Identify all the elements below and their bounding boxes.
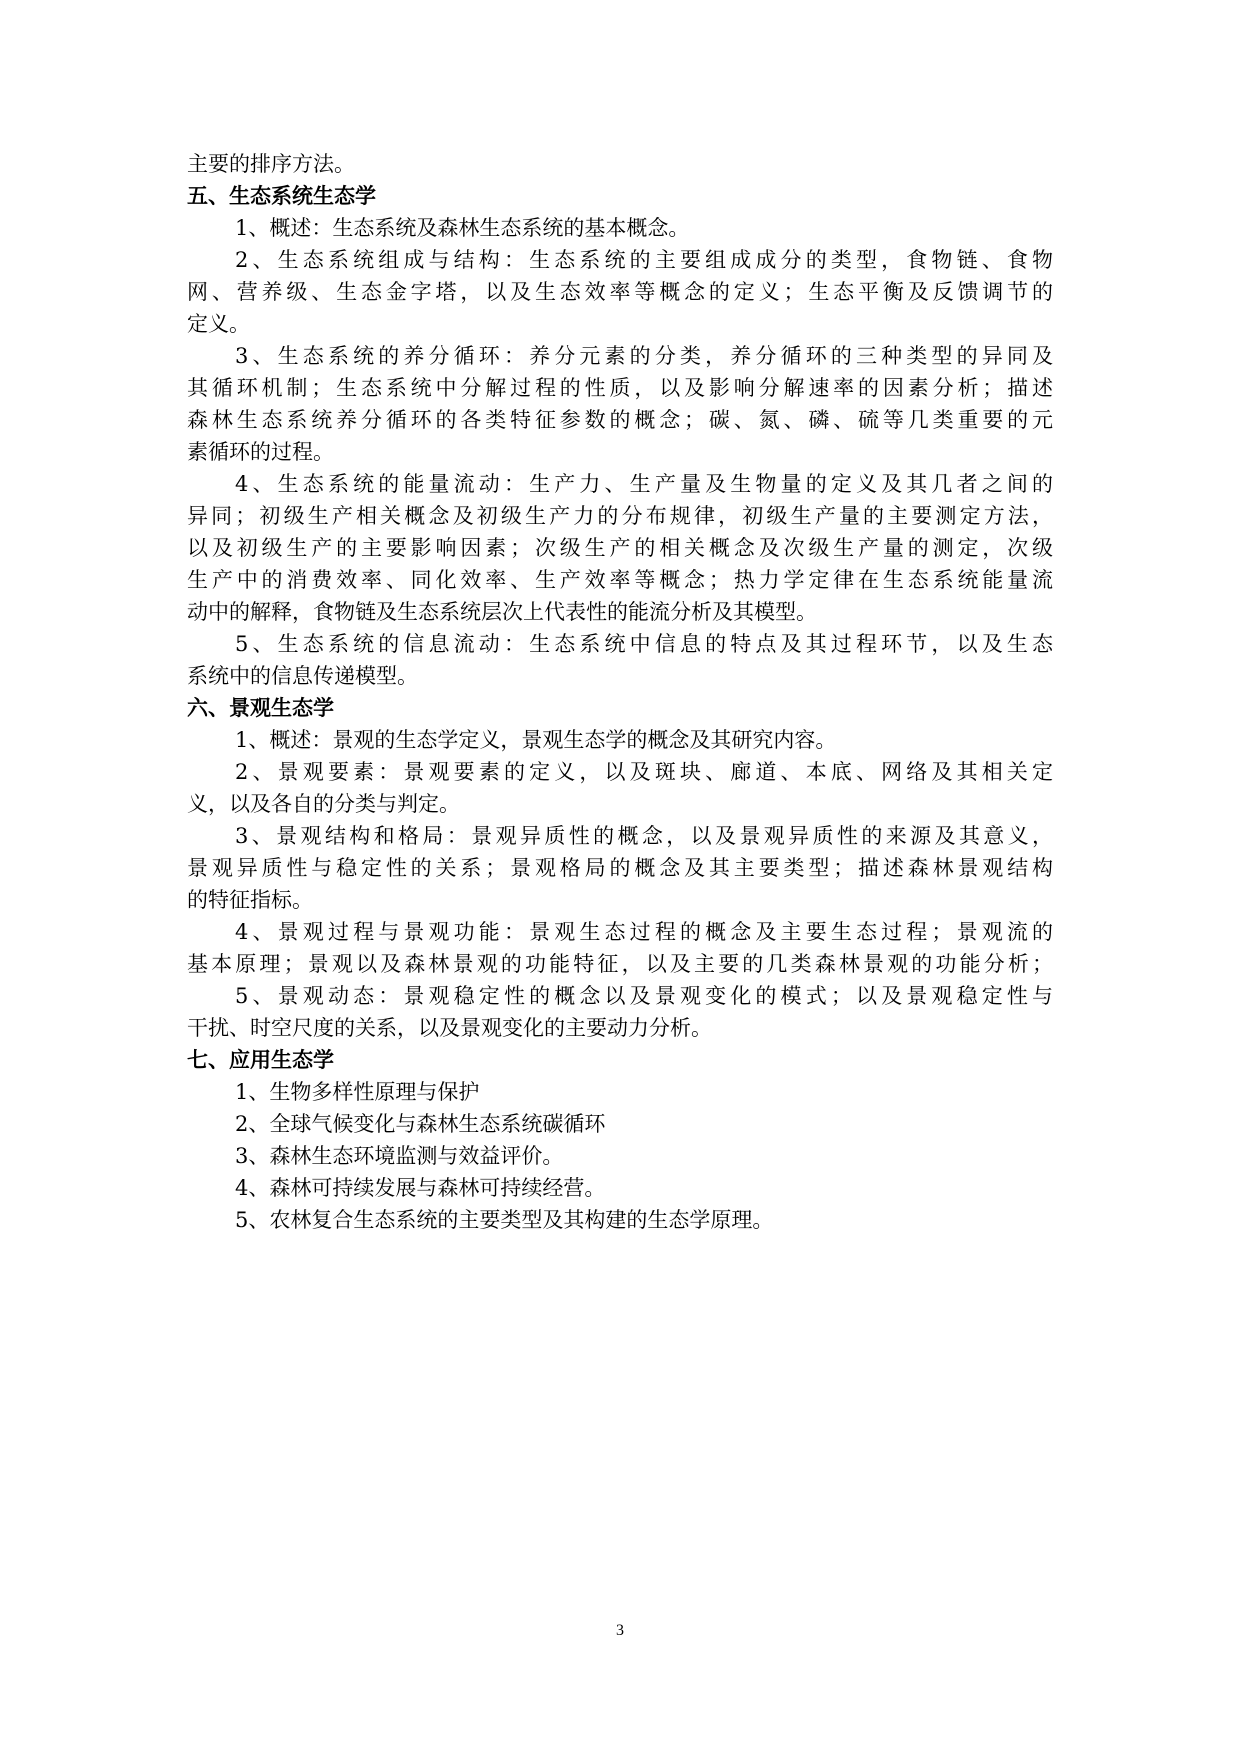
list-item: 3、森林生态环境监测与效益评价。: [187, 1140, 1053, 1172]
paragraph-line: 3、生态系统的养分循环：养分元素的分类，养分循环的三种类型的异同及: [187, 340, 1053, 372]
paragraph-line: 5、生态系统的信息流动：生态系统中信息的特点及其过程环节，以及生态: [187, 628, 1053, 660]
paragraph-line: 以及初级生产的主要影响因素；次级生产的相关概念及次级生产量的测定，次级: [187, 532, 1053, 564]
section-heading-ecosystem-ecology: 五、生态系统生态学: [187, 180, 1053, 212]
document-body: 主要的排序方法。 五、生态系统生态学 1、概述：生态系统及森林生态系统的基本概念…: [187, 148, 1053, 1236]
list-item: 5、农林复合生态系统的主要类型及其构建的生态学原理。: [187, 1204, 1053, 1236]
paragraph-line: 定义。: [187, 308, 1053, 340]
paragraph-line: 基本原理；景观以及森林景观的功能特征，以及主要的几类森林景观的功能分析；: [187, 948, 1053, 980]
paragraph-line: 系统中的信息传递模型。: [187, 660, 1053, 692]
paragraph-line: 景观异质性与稳定性的关系；景观格局的概念及其主要类型；描述森林景观结构: [187, 852, 1053, 884]
paragraph-line: 4、景观过程与景观功能：景观生态过程的概念及主要生态过程；景观流的: [187, 916, 1053, 948]
paragraph-line: 其循环机制；生态系统中分解过程的性质，以及影响分解速率的因素分析；描述: [187, 372, 1053, 404]
paragraph-line: 2、生态系统组成与结构：生态系统的主要组成成分的类型，食物链、食物: [187, 244, 1053, 276]
paragraph-line: 动中的解释，食物链及生态系统层次上代表性的能流分析及其模型。: [187, 596, 1053, 628]
paragraph-line: 生产中的消费效率、同化效率、生产效率等概念；热力学定律在生态系统能量流: [187, 564, 1053, 596]
section-heading-landscape-ecology: 六、景观生态学: [187, 692, 1053, 724]
paragraph-line: 森林生态系统养分循环的各类特征参数的概念；碳、氮、磷、硫等几类重要的元: [187, 404, 1053, 436]
paragraph-line: 1、概述：生态系统及森林生态系统的基本概念。: [187, 212, 1053, 244]
section-heading-applied-ecology: 七、应用生态学: [187, 1044, 1053, 1076]
list-item: 4、森林可持续发展与森林可持续经营。: [187, 1172, 1053, 1204]
list-item: 2、全球气候变化与森林生态系统碳循环: [187, 1108, 1053, 1140]
paragraph-line: 干扰、时空尺度的关系，以及景观变化的主要动力分析。: [187, 1012, 1053, 1044]
list-item: 1、生物多样性原理与保护: [187, 1076, 1053, 1108]
paragraph-line: 素循环的过程。: [187, 436, 1053, 468]
paragraph-line: 义，以及各自的分类与判定。: [187, 788, 1053, 820]
paragraph-line: 异同；初级生产相关概念及初级生产力的分布规律，初级生产量的主要测定方法，: [187, 500, 1053, 532]
paragraph-line: 的特征指标。: [187, 884, 1053, 916]
paragraph-line: 1、概述：景观的生态学定义，景观生态学的概念及其研究内容。: [187, 724, 1053, 756]
paragraph-line: 3、景观结构和格局：景观异质性的概念，以及景观异质性的来源及其意义，: [187, 820, 1053, 852]
page-number: 3: [0, 1622, 1240, 1640]
paragraph-line: 4、生态系统的能量流动：生产力、生产量及生物量的定义及其几者之间的: [187, 468, 1053, 500]
paragraph-line: 5、景观动态：景观稳定性的概念以及景观变化的模式；以及景观稳定性与: [187, 980, 1053, 1012]
paragraph-line: 2、景观要素：景观要素的定义，以及斑块、廊道、本底、网络及其相关定: [187, 756, 1053, 788]
paragraph-line: 主要的排序方法。: [187, 148, 1053, 180]
paragraph-line: 网、营养级、生态金字塔，以及生态效率等概念的定义；生态平衡及反馈调节的: [187, 276, 1053, 308]
